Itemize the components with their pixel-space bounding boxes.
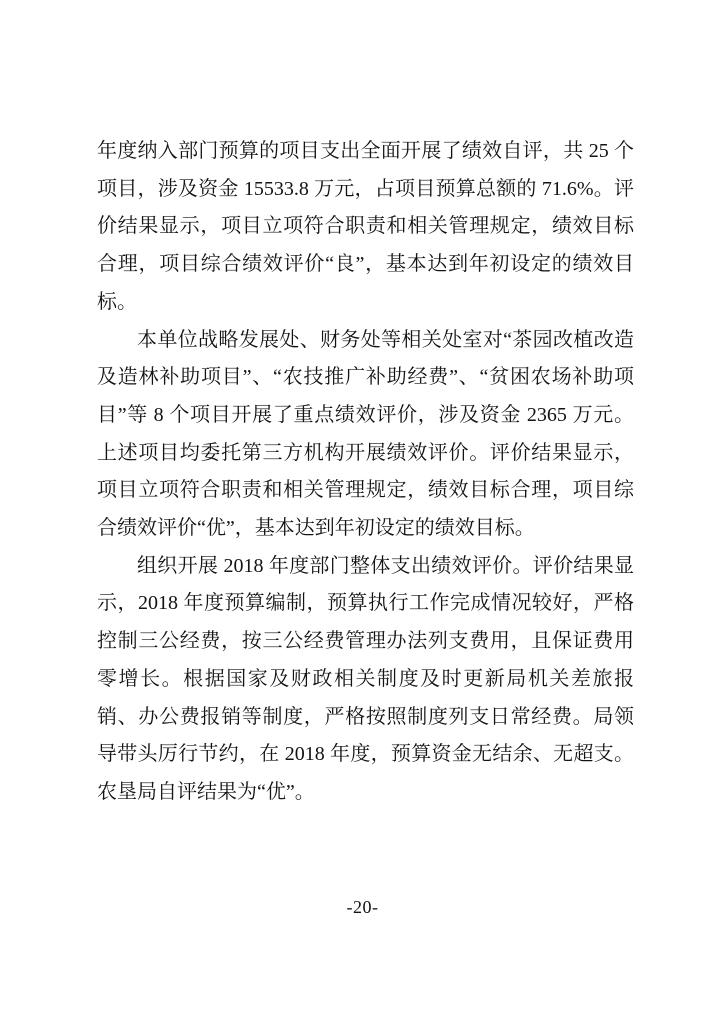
document-page: 年度纳入部门预算的项目支出全面开展了绩效自评，共 25 个项目，涉及资金 155… bbox=[0, 0, 725, 1024]
body-paragraph: 本单位战略发展处、财务处等相关处室对“茶园改植改造及造林补助项目”、“农技推广补… bbox=[97, 322, 634, 548]
page-body-text: 年度纳入部门预算的项目支出全面开展了绩效自评，共 25 个项目，涉及资金 155… bbox=[97, 133, 634, 812]
body-paragraph: 年度纳入部门预算的项目支出全面开展了绩效自评，共 25 个项目，涉及资金 155… bbox=[97, 133, 634, 322]
body-paragraph: 组织开展 2018 年度部门整体支出绩效评价。评价结果显示，2018 年度预算编… bbox=[97, 548, 634, 812]
page-number: -20- bbox=[0, 897, 725, 918]
